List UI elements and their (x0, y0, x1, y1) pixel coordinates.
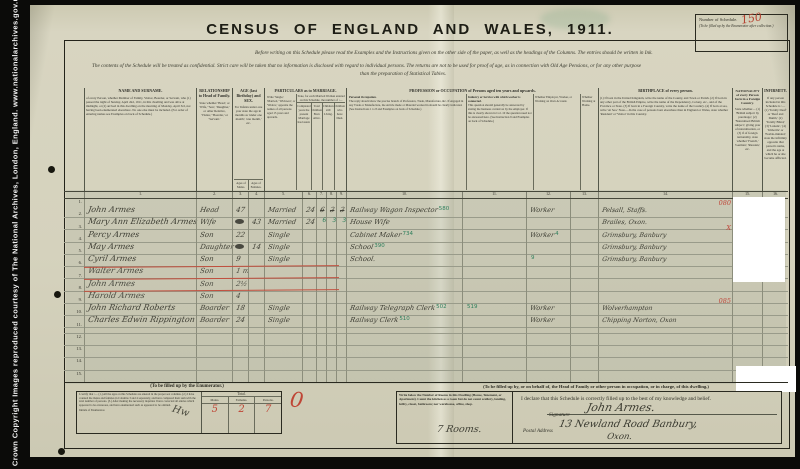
table-cell (336, 346, 346, 358)
column-number-strip: 1.2.3.4.5.6.7.8.9.10.11.12.13.14.15.16. (64, 192, 788, 199)
table-cell (346, 322, 462, 334)
table-cell (326, 358, 336, 370)
table-cell (248, 358, 264, 370)
table-cell (196, 346, 232, 358)
header-relationship: RELATIONSHIP to Head of Family.State whe… (196, 88, 232, 191)
table-cell (248, 334, 264, 346)
table-cell (462, 322, 526, 334)
header-nationality: NATIONALITY of every Person born in a Fo… (732, 88, 762, 191)
header-rownum (64, 88, 84, 191)
table-cell (462, 334, 526, 346)
table-cell (84, 334, 196, 346)
table-cell (232, 334, 248, 346)
header-infirmity: INFIRMITY.If any person included in this… (762, 88, 788, 191)
rooms-value-handwriting: 7 Rooms. (436, 424, 483, 435)
table-cell (84, 371, 196, 383)
table-row: 13. (64, 346, 788, 358)
declaration-box: Write below the Number of Rooms in this … (396, 391, 782, 444)
instruction-line-3: than the preparation of Statistical Tabl… (360, 71, 446, 77)
table-row: 6.Walter ArmesSon1 m (64, 260, 788, 272)
header-occupation: PROFESSION or OCCUPATION of Persons aged… (346, 88, 598, 191)
table-cell: 14. (64, 358, 84, 370)
header-marriage: PARTICULARS as to MARRIAGE.Write 'Single… (264, 88, 346, 191)
table-cell (326, 371, 336, 383)
punch-hole (58, 448, 65, 455)
signature-line (547, 413, 777, 415)
table-cell (732, 346, 762, 358)
table-cell (84, 358, 196, 370)
table-row: 3.Percy ArmesSon22SingleCabinet Maker734… (64, 224, 788, 236)
table-row: 4.May ArmesDaughter14SingleSchool390Grim… (64, 236, 788, 248)
females-value: 2 (229, 404, 255, 433)
table-cell (232, 346, 248, 358)
table-body: 1.John ArmesHead47Married24633Railway Wa… (64, 199, 788, 383)
table-cell (336, 334, 346, 346)
table-cell (346, 371, 462, 383)
scan-stage: © Crown Copyright Images reproduced cour… (0, 0, 800, 469)
table-cell (526, 371, 570, 383)
totals-table: Total. Males. 5 Females. 2 Persons. 7 (201, 392, 281, 433)
column-number (64, 192, 84, 198)
table-cell (346, 346, 462, 358)
table-row: 5.Cyril ArmesSon9SingleSchool.9Grimsbury… (64, 248, 788, 260)
column-number: 1. (84, 192, 196, 198)
table-cell (232, 371, 248, 383)
column-number: 3. (232, 192, 248, 198)
table-cell (302, 371, 316, 383)
table-cell (570, 322, 598, 334)
table-cell (326, 322, 336, 334)
header-name: NAME AND SURNAME.of every Person, whethe… (84, 88, 196, 191)
column-number: 9. (336, 192, 346, 198)
table-row: 14. (64, 358, 788, 370)
table-cell (570, 358, 598, 370)
punch-hole (48, 166, 55, 173)
table-cell (264, 371, 302, 383)
table-cell (302, 322, 316, 334)
table-cell (346, 358, 462, 370)
column-number: 14. (598, 192, 732, 198)
table-row: 2.Mary Ann Elizabeth ArmesWife43Married2… (64, 211, 788, 223)
table-cell (196, 371, 232, 383)
column-number: 11. (462, 192, 526, 198)
redaction-box-nationality (733, 197, 785, 282)
column-number: 4. (248, 192, 264, 198)
table-cell (598, 322, 732, 334)
column-number: 6. (302, 192, 316, 198)
header-birthplace: BIRTHPLACE of every person.(1) If born i… (598, 88, 732, 191)
persons-label: Persons. (255, 397, 281, 404)
table-cell (326, 334, 336, 346)
table-cell (336, 371, 346, 383)
table-row: 1.John ArmesHead47Married24633Railway Wa… (64, 199, 788, 211)
column-number: 2. (196, 192, 232, 198)
table-cell (302, 334, 316, 346)
table-cell (732, 334, 762, 346)
persons-value: 7 (255, 404, 281, 433)
instruction-line-2: The contents of the Schedule will be tre… (92, 63, 641, 69)
header-age: AGE (last Birthday) and SEX.For Infants … (232, 88, 264, 191)
table-row: 8.Harold ArmesSon4 (64, 285, 788, 297)
column-number: 12. (526, 192, 570, 198)
postal-address-label: Postal Address (523, 429, 553, 434)
column-number: 5. (264, 192, 302, 198)
table-cell (570, 346, 598, 358)
table-cell (316, 371, 326, 383)
signature-label: Signature (549, 412, 570, 418)
table-cell (302, 358, 316, 370)
rooms-note: Write below the Number of Rooms in this … (397, 392, 513, 443)
table-cell (264, 322, 302, 334)
table-cell (302, 346, 316, 358)
table-cell (598, 358, 732, 370)
table-cell: 11. (64, 322, 84, 334)
table-cell (570, 334, 598, 346)
table-cell (526, 334, 570, 346)
head-of-family-heading: (To be filled up by, or on behalf of, th… (410, 384, 782, 389)
copyright-sidebar-text: © Crown Copyright Images reproduced cour… (2, 0, 28, 469)
table-cell (316, 322, 326, 334)
table-cell (462, 358, 526, 370)
postal-address-county-handwriting: Oxon. (606, 432, 633, 442)
table-row: 10.Charles Edwin RippingtonBoarder24Sing… (64, 309, 788, 321)
table-row: 11. (64, 322, 788, 334)
page-title: CENSUS OF ENGLAND AND WALES, 1911. (200, 21, 620, 38)
table-cell (462, 346, 526, 358)
table-header: NAME AND SURNAME.of every Person, whethe… (64, 88, 788, 192)
instruction-line-1: Before writing on this Schedule please r… (255, 50, 653, 56)
table-cell: 15. (64, 371, 84, 383)
table-cell (196, 334, 232, 346)
table-cell (316, 334, 326, 346)
table-row: 15. (64, 371, 788, 383)
males-label: Males. (202, 397, 228, 404)
table-cell (462, 371, 526, 383)
table-row: 7.John ArmesSon2½ (64, 273, 788, 285)
table-cell (84, 346, 196, 358)
column-number: 8. (326, 192, 336, 198)
column-number: 7. (316, 192, 326, 198)
table-cell (598, 334, 732, 346)
table-cell (336, 322, 346, 334)
table-cell (598, 346, 732, 358)
signature-handwriting: John Armes. (586, 401, 657, 414)
table-cell (526, 322, 570, 334)
table-cell (762, 322, 788, 334)
table-cell (326, 346, 336, 358)
table-cell (232, 322, 248, 334)
table-cell (248, 322, 264, 334)
table-row: 12. (64, 334, 788, 346)
table-cell (316, 346, 326, 358)
table-cell (248, 371, 264, 383)
table-cell (762, 334, 788, 346)
table-cell (346, 334, 462, 346)
table-footer-separator (64, 382, 788, 383)
postal-address-handwriting: 13 Newland Road Banbury, (558, 419, 699, 430)
table-row: 9.John Richard RobertsBoarder18SingleRai… (64, 297, 788, 309)
table-cell (84, 322, 196, 334)
table-cell: 12. (64, 334, 84, 346)
punch-hole (54, 291, 61, 298)
column-number: 10. (346, 192, 462, 198)
table-cell (264, 358, 302, 370)
table-cell (570, 371, 598, 383)
males-value: 5 (202, 404, 228, 433)
females-label: Females. (229, 397, 255, 404)
table-cell (598, 371, 732, 383)
table-cell (526, 358, 570, 370)
table-cell (762, 346, 788, 358)
table-cell (196, 322, 232, 334)
table-cell: 13. (64, 346, 84, 358)
table-cell (248, 346, 264, 358)
table-cell (526, 346, 570, 358)
table-cell (264, 346, 302, 358)
table-cell (232, 358, 248, 370)
table-cell (732, 322, 762, 334)
table-cell (196, 358, 232, 370)
table-cell (264, 334, 302, 346)
enumerator-section-heading: (To be filled up by the Enumerator.) (92, 384, 282, 389)
table-cell (336, 358, 346, 370)
column-number: 13. (570, 192, 598, 198)
table-cell (316, 358, 326, 370)
